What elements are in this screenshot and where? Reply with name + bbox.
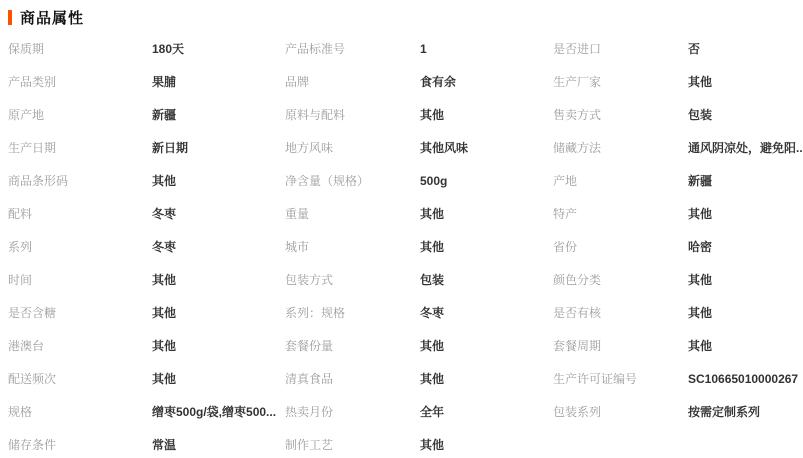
attribute-label: 储存条件 [8, 429, 152, 458]
attribute-value: 通风阴凉处，避免阳... [688, 132, 803, 165]
accent-bar [8, 10, 12, 25]
attribute-label: 是否含糖 [8, 297, 152, 330]
attribute-value: 哈密 [688, 231, 803, 264]
attribute-label: 生产厂家 [553, 66, 688, 99]
attribute-value: 其他 [420, 330, 553, 363]
product-attributes-page: 商品属性 保质期 180天 产品标准号 1 是否进口 否 产品类别 果脯 品牌 … [0, 0, 803, 458]
attribute-label: 商品条形码 [8, 165, 152, 198]
attribute-value: 其他 [688, 66, 803, 99]
attribute-value: 冬枣 [152, 231, 285, 264]
attribute-value: 其他 [420, 363, 553, 396]
attribute-value: 缯枣500g/袋,缯枣500... [152, 396, 285, 429]
page-title: 商品属性 [20, 7, 84, 28]
attribute-label: 省份 [553, 231, 688, 264]
attribute-label: 颜色分类 [553, 264, 688, 297]
attribute-value: 食有余 [420, 66, 553, 99]
attribute-label: 生产许可证编号 [553, 363, 688, 396]
attribute-label: 城市 [285, 231, 420, 264]
attribute-value: 500g [420, 165, 553, 198]
attribute-label: 储藏方法 [553, 132, 688, 165]
attribute-value: 其他 [420, 231, 553, 264]
attribute-value: 新日期 [152, 132, 285, 165]
attribute-value: 按需定制系列 [688, 396, 803, 429]
attribute-label: 包装方式 [285, 264, 420, 297]
attribute-value [688, 429, 803, 458]
attribute-label: 时间 [8, 264, 152, 297]
section-header: 商品属性 [0, 0, 803, 31]
attribute-label: 规格 [8, 396, 152, 429]
attribute-value: 其他 [420, 429, 553, 458]
attribute-label: 热卖月份 [285, 396, 420, 429]
attribute-value: 包装 [420, 264, 553, 297]
attribute-label: 配料 [8, 198, 152, 231]
attribute-value: 全年 [420, 396, 553, 429]
attribute-label: 保质期 [8, 33, 152, 66]
attribute-value: 新疆 [688, 165, 803, 198]
attribute-value: 其他 [152, 330, 285, 363]
attribute-label: 品牌 [285, 66, 420, 99]
attribute-label [553, 429, 688, 458]
attribute-value: 其他 [152, 363, 285, 396]
attribute-label: 港澳台 [8, 330, 152, 363]
attribute-label: 包装系列 [553, 396, 688, 429]
attribute-label: 产品类别 [8, 66, 152, 99]
attribute-value: 其他 [688, 297, 803, 330]
attribute-label: 地方风味 [285, 132, 420, 165]
attribute-value: 其他 [688, 330, 803, 363]
attribute-label: 套餐周期 [553, 330, 688, 363]
attribute-label: 产地 [553, 165, 688, 198]
attribute-value: 果脯 [152, 66, 285, 99]
attribute-label: 系列：规格 [285, 297, 420, 330]
attribute-value: 其他 [152, 297, 285, 330]
attribute-value: 其他 [152, 165, 285, 198]
attribute-value: 冬枣 [420, 297, 553, 330]
attribute-label: 是否进口 [553, 33, 688, 66]
attribute-label: 重量 [285, 198, 420, 231]
attribute-label: 净含量（规格） [285, 165, 420, 198]
attributes-table: 保质期 180天 产品标准号 1 是否进口 否 产品类别 果脯 品牌 食有余 生… [0, 31, 803, 458]
attribute-label: 系列 [8, 231, 152, 264]
attribute-value: 1 [420, 33, 553, 66]
attribute-value: 其他 [688, 264, 803, 297]
attribute-value: 否 [688, 33, 803, 66]
attribute-label: 原产地 [8, 99, 152, 132]
attribute-label: 产品标准号 [285, 33, 420, 66]
attribute-label: 售卖方式 [553, 99, 688, 132]
attribute-label: 制作工艺 [285, 429, 420, 458]
attribute-value: 常温 [152, 429, 285, 458]
attribute-value: 180天 [152, 33, 285, 66]
attribute-label: 是否有核 [553, 297, 688, 330]
attribute-label: 原料与配料 [285, 99, 420, 132]
attribute-label: 套餐份量 [285, 330, 420, 363]
attribute-value: 冬枣 [152, 198, 285, 231]
attribute-value: 其他 [688, 198, 803, 231]
attribute-label: 特产 [553, 198, 688, 231]
attribute-label: 配送频次 [8, 363, 152, 396]
attribute-value: 其他 [420, 99, 553, 132]
attribute-label: 清真食品 [285, 363, 420, 396]
attribute-value: SC10665010000267 [688, 363, 803, 396]
attribute-label: 生产日期 [8, 132, 152, 165]
attribute-value: 包装 [688, 99, 803, 132]
attribute-value: 其他 [420, 198, 553, 231]
attribute-value: 其他 [152, 264, 285, 297]
attribute-value: 新疆 [152, 99, 285, 132]
attribute-value: 其他风味 [420, 132, 553, 165]
